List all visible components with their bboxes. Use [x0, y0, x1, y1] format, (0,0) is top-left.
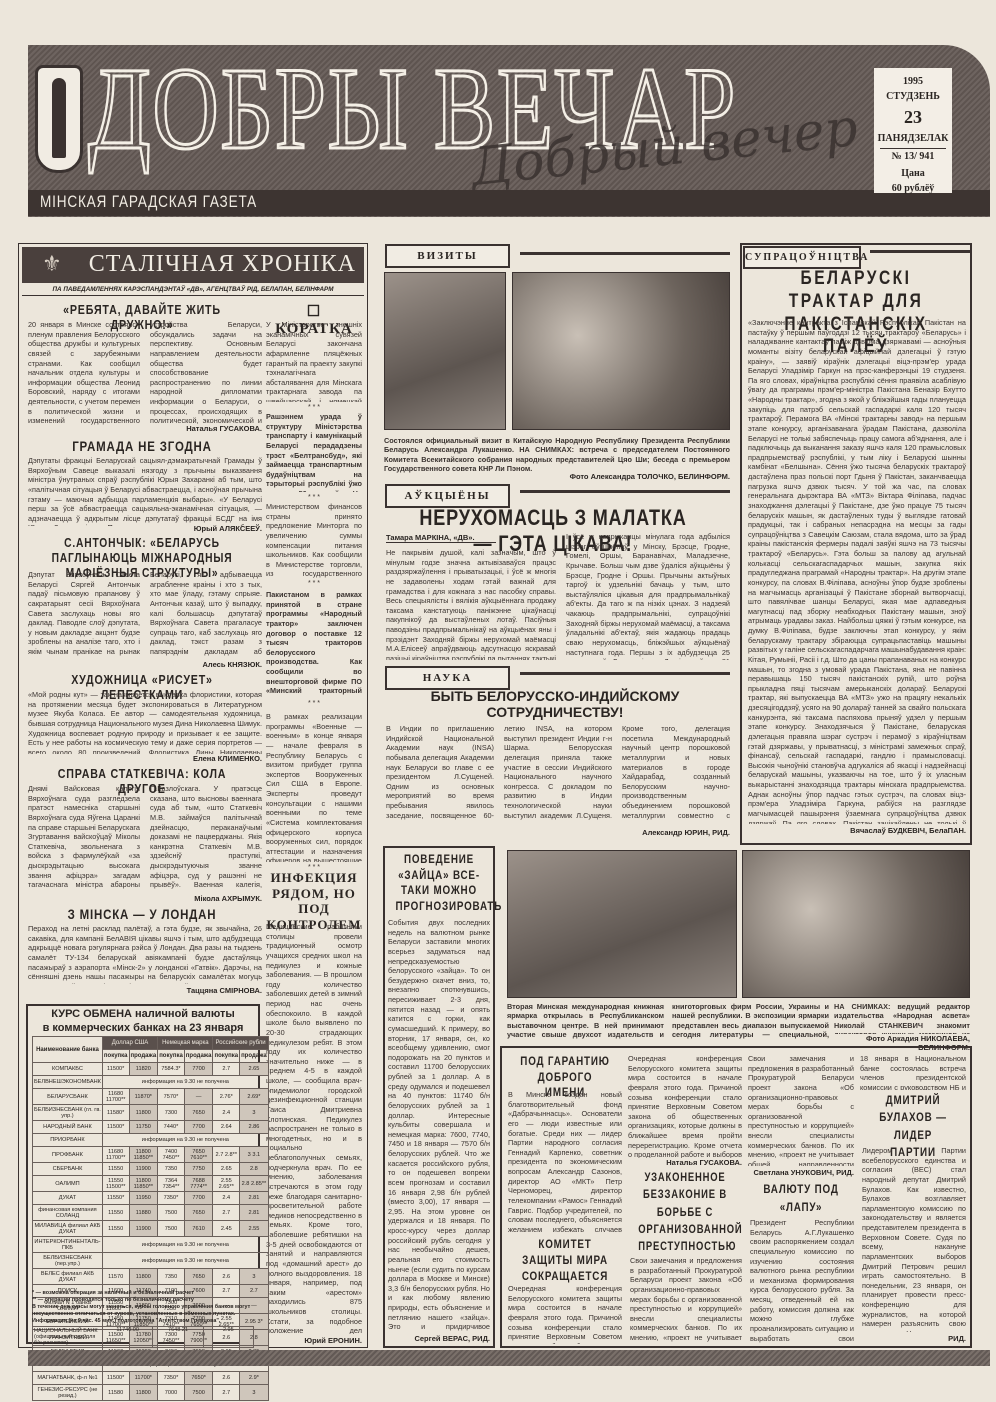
rate-buy: 11500* — [102, 1063, 129, 1076]
bank-name: МИЛАВИЦА филиал АКБ ДУКАТ — [33, 1221, 103, 1237]
bank-name: ДУКАТ — [33, 1192, 103, 1205]
rate-buy: 11580* — [102, 1105, 129, 1121]
national-bank-row: НАЦИОНАЛЬНЫЙ БАНК (официальный курс для … — [32, 1326, 254, 1348]
national-bank-label: НАЦИОНАЛЬНЫЙ БАНК (официальный курс для … — [33, 1327, 103, 1347]
article-lawless-cont: Свои замечания и предложения в разработа… — [748, 1054, 854, 1166]
exchange-row: ГЕНЕЗИС-РЕСУРС (не резид.)11580118007000… — [33, 1385, 269, 1401]
divider — [870, 250, 970, 253]
headline-science: БЫТЬ БЕЛОРУССКО-ИНДИЙСКОМУ СОТРУДНИЧЕСТВ… — [380, 688, 730, 720]
article-science: В Индии по приглашению Индийской Национа… — [386, 724, 730, 824]
issue-day: 23 — [874, 104, 952, 131]
price-label: Цана — [874, 166, 952, 181]
author-unukovich: Светлана УНУКОВИЧ, РИД. — [748, 1168, 854, 1177]
rate-sell: 7700 — [184, 1192, 213, 1205]
author-yurin: Александр ЮРИН, РИД. — [560, 828, 730, 837]
rate-buy: 11580 — [102, 1385, 129, 1401]
rate-sell: 7610 — [184, 1221, 213, 1237]
national-bank-rub: 2.95 — [204, 1327, 253, 1347]
issue-weekday: ПАНЯДЗЕЛАК — [874, 131, 952, 146]
rate-sell: 3 — [240, 1269, 269, 1285]
rate-sell: 11800 11850** — [129, 1147, 158, 1163]
bank-name: СБЕРБАНК — [33, 1163, 103, 1176]
author-budkevich: Вячаслаў БУДКЕВІЧ, БелаПАН. — [748, 826, 966, 835]
visits-photo-credit: Фото Александра ТОЛОЧКО, БЕЛИНФОРМ. — [384, 472, 730, 481]
rate-sell: 2.8 2.85** — [240, 1176, 269, 1192]
rate-buy: 2.7 — [213, 1063, 240, 1076]
bank-name: финансовая компания СОЛАНД — [33, 1205, 103, 1221]
rate-buy: 2.65 — [213, 1163, 240, 1176]
rate-sell: 7650* — [184, 1372, 213, 1385]
rate-buy: 7400 7450** — [158, 1147, 185, 1163]
bank-name: ПРОФБАНК — [33, 1147, 103, 1163]
headline-london: З МІНСКА — У ЛОНДАН — [44, 906, 241, 922]
author-gusakova: Наталья ГУСАКОВА. — [130, 424, 262, 433]
bookfair-caption-right: НА СНИМКАХ: ведущий редактор издательств… — [834, 1002, 970, 1034]
rate-buy: 2.7 — [213, 1385, 240, 1401]
separator-stars: * * * — [266, 494, 362, 501]
koratka-item-1: У Міністэрстве знешніх эканамічных сувяз… — [266, 320, 362, 402]
rate-buy: 7364 7354** — [158, 1176, 185, 1192]
rate-buy: 2.64 — [213, 1121, 240, 1134]
author-akhrymuk: Мікола АХРЫМУК. — [130, 894, 262, 903]
bank-name: БЕЛАРУСБАНК — [33, 1089, 103, 1105]
newspaper-subtitle: МІНСКАЯ ГАРАДСКАЯ ГАЗЕТА — [40, 192, 257, 212]
rate-sell: 11950 — [129, 1192, 158, 1205]
headline-zaets: ПОВЕДЕНИЕ «ЗАЙЦА» ВСЕ-ТАКИ МОЖНО ПРОГНОЗ… — [396, 852, 483, 914]
exchange-title-line1: КУРС ОБМЕНА наличной валюты — [30, 1008, 256, 1022]
rate-buy: 7350 — [158, 1163, 185, 1176]
rate-sell: 3 — [240, 1385, 269, 1401]
exchange-row: МАГНАТБАНК, ф-л №111500*11700*7350*7650*… — [33, 1372, 269, 1385]
auctions-text-left: Не пакрывім душой, калі зазначым, што ў … — [386, 548, 556, 660]
rate-buy: 11680 11700** — [102, 1089, 129, 1105]
author-knyazyuk: Алесь КНЯЗЮК. — [130, 660, 262, 669]
rate-buy: 11550 — [102, 1221, 129, 1237]
author-rid: РИД. — [862, 1334, 966, 1343]
chronicle-header: ⚜ СТАЛІЧНАЯ ХРОНІКА — [22, 247, 364, 283]
rate-sell: 11800 — [129, 1385, 158, 1401]
article-artist: «Мой родны кут» — так называется выставк… — [28, 690, 262, 754]
rate-buy: 7570* — [158, 1089, 185, 1105]
lantern-icon: ⚜ — [42, 251, 62, 277]
rate-buy: 11550 — [102, 1205, 129, 1221]
price-value: 60 рублёў — [874, 181, 952, 196]
legend-item: * — возможна операция за наличный и безн… — [32, 1290, 254, 1297]
rate-sell: 11800 — [129, 1105, 158, 1121]
subcol-buy: покупка — [213, 1050, 240, 1063]
rate-note: информация на 9.30 не получена — [102, 1253, 268, 1269]
rate-buy: 11500* — [102, 1372, 129, 1385]
article-peace-start: Очередная конференция Белорусского комит… — [508, 1284, 622, 1344]
rate-buy: 7440* — [158, 1121, 185, 1134]
rate-buy: 2.7 2.8** — [213, 1147, 240, 1163]
rate-buy: 11550 — [102, 1163, 129, 1176]
rate-buy: 7350* — [158, 1192, 185, 1205]
rate-buy: 2.55 2.65** — [213, 1176, 240, 1192]
divider — [520, 490, 730, 493]
subcol-buy: покупка — [102, 1050, 129, 1063]
rate-buy: 2.45 — [213, 1221, 240, 1237]
rate-sell: 2.81 — [240, 1192, 269, 1205]
exchange-row: финансовая компания СОЛАНД11550118807500… — [33, 1205, 269, 1221]
rate-sell: — — [184, 1089, 213, 1105]
rate-sell: 7750 — [184, 1163, 213, 1176]
bank-name: ПРИОРБАНК — [33, 1134, 103, 1147]
rate-buy: 11550* — [102, 1192, 129, 1205]
col-bank: Наименование банка — [33, 1037, 103, 1063]
rate-sell: 2.55 — [240, 1221, 269, 1237]
koratka-item-5: В рамках реализации программы «Военные —… — [266, 712, 362, 862]
article-zaets: События двух последних недель на валютно… — [388, 918, 490, 1332]
rate-sell: 3 3.1 — [240, 1147, 269, 1163]
bank-name: БЕЛБИЗНЕСБАНК (пер.упр.) — [33, 1253, 103, 1269]
bank-name: КОМПАКБС — [33, 1063, 103, 1076]
exchange-row: ПРОФБАНК11680 11700**11800 11850**7400 7… — [33, 1147, 269, 1163]
exchange-row: НАРОДНЫЙ БАНК11500*117507440*77002.642.8… — [33, 1121, 269, 1134]
issue-number: № 13/ 941 — [880, 148, 946, 164]
rate-buy: 2.4 — [213, 1192, 240, 1205]
exchange-row: СБЕРБАНК1155011900735077502.652.8 — [33, 1163, 269, 1176]
rate-sell: 11870* — [129, 1089, 158, 1105]
rate-sell: 7650 — [184, 1269, 213, 1285]
footer-decorative-bar — [28, 1350, 990, 1366]
rate-buy: 11550 11500** — [102, 1176, 129, 1192]
article-bulakhov: Лидером Партии всебелорусского единства … — [862, 1146, 966, 1332]
article-lawless: Свои замечания и предложения в разработа… — [630, 1256, 742, 1344]
tag-science: НАУКА — [385, 666, 510, 690]
rate-buy: 11570 — [102, 1269, 129, 1285]
rate-sell: 7650 — [184, 1205, 213, 1221]
rate-sell: 11880 — [129, 1205, 158, 1221]
rate-sell: 11750 — [129, 1121, 158, 1134]
article-hramada: Дэпутаты фракцыі Беларускай сацыял-дэмак… — [28, 456, 262, 526]
photo-lukashenko-qiao-shi — [384, 272, 506, 430]
col-usd: Доллар США — [102, 1037, 157, 1050]
rate-buy: 7350* — [158, 1372, 185, 1385]
photo-meeting-li-peng — [512, 272, 730, 430]
bank-name: ГЕНЕЗИС-РЕСУРС (не резид.) — [33, 1385, 103, 1401]
bank-name: БЕЛБИЗНЕСБАНК (гл. гв. упр.) — [33, 1105, 103, 1121]
author-veras: Сергей ВЕРАС, РИД. — [388, 1334, 490, 1343]
rate-sell: 11900 — [129, 1163, 158, 1176]
article-friendship: 20 января в Минске состоялся пленум прав… — [28, 320, 262, 426]
koratka-item-4: Пакистаном в рамках принятой в стране пр… — [266, 590, 362, 696]
rate-sell: 7700 — [184, 1121, 213, 1134]
exchange-row: БЕЛБИЗНЕСБАНК (пер.упр.)информация на 9.… — [33, 1253, 269, 1269]
author-klimenko: Елена КЛИМЕНКО. — [130, 754, 262, 763]
rate-sell: 11900 — [129, 1221, 158, 1237]
koratka-item-3: Министерством финансов страны принято пр… — [266, 502, 362, 578]
tag-cooperation: СУПРАЦОЎНІЦТВА — [743, 246, 861, 269]
madonna-figure-icon — [52, 78, 66, 158]
article-infection: Медицинские работники столицы провели тр… — [266, 922, 362, 1334]
rate-note: информация на 9.30 не получена — [102, 1134, 268, 1147]
legend-item: Информация (на 9 час. 45 мин.) подготовл… — [32, 1318, 254, 1325]
separator-stars: * * * — [266, 700, 362, 707]
rate-buy: 7000 — [158, 1385, 185, 1401]
koratka-item-2: Рашэннем урада ў структуру Міністэрства … — [266, 412, 362, 492]
col-rub: Российские рубли — [213, 1037, 268, 1050]
rate-buy: 11500* — [102, 1121, 129, 1134]
bank-name: НАРОДНЫЙ БАНК — [33, 1121, 103, 1134]
article-guarantee: В Минске создан новый благотворительный … — [508, 1090, 622, 1232]
photo-bookfair-stand — [742, 850, 970, 998]
rate-sell: 7650 — [184, 1105, 213, 1121]
subcol-sell: продажа — [184, 1050, 213, 1063]
visits-caption: Состоялся официальный визит в Китайскую … — [384, 436, 730, 474]
subcol-buy: покупка — [158, 1050, 185, 1063]
photo-bookfair-editor — [507, 850, 737, 998]
bank-name: МАГНАТБАНК, ф-л №1 — [33, 1372, 103, 1385]
auctions-text-right: І ўсё ж напрыканцы мінулага года адбыліс… — [566, 532, 730, 660]
rate-sell: 7650 7610** — [184, 1147, 213, 1163]
rate-buy: 2.76* — [213, 1089, 240, 1105]
exchange-row: ДУКАТ11550*119507350*77002.42.81 — [33, 1192, 269, 1205]
rate-sell: 2.9* — [240, 1372, 269, 1385]
author-gusakova-2: Наталья ГУСАКОВА. — [628, 1158, 742, 1167]
rate-buy: 2.4 — [213, 1105, 240, 1121]
rate-buy: 7300 — [158, 1105, 185, 1121]
legend-item: ** — операции проводятся только по безна… — [32, 1297, 254, 1304]
rate-sell: 2.8 — [240, 1163, 269, 1176]
subcol-sell: продажа — [129, 1050, 158, 1063]
rate-sell: 11820 — [129, 1063, 158, 1076]
legend-item: В течение дня курсы могут меняться, курс… — [32, 1304, 254, 1318]
bank-name: ИНТЕРКОНТИНЕНТАЛЬ-ПКБ — [33, 1237, 103, 1253]
rate-sell: 11800 — [129, 1269, 158, 1285]
subcol-sell: продажа — [240, 1050, 269, 1063]
rate-sell: 2.86 — [240, 1121, 269, 1134]
bank-name: БЕЛВНЕШЭКОНОМБАНК — [33, 1076, 103, 1089]
exchange-row: МИЛАВИЦА филиал АКБ ДУКАТ115501190075007… — [33, 1221, 269, 1237]
rate-sell: 7688 7774** — [184, 1176, 213, 1192]
issue-year: 1995 — [874, 74, 952, 89]
national-bank-dem: 7648.21 — [153, 1327, 203, 1347]
divider — [520, 672, 730, 675]
rate-buy: 2.6 — [213, 1372, 240, 1385]
headline-currency: ВАЛЮТУ ПОД «ЛАПУ» — [758, 1180, 845, 1216]
rate-buy: 2.7 — [213, 1205, 240, 1221]
separator-stars: * * * — [266, 580, 362, 587]
bookfair-caption: Вторая Минская международная книжная ярм… — [507, 1002, 829, 1044]
national-bank-usd: 11740.00 — [103, 1327, 153, 1347]
article-peace-cont: Очередная конференция Белорусского комит… — [628, 1054, 742, 1158]
chronicle-title: СТАЛІЧНАЯ ХРОНІКА — [89, 251, 356, 278]
author-smirnova: Таццяна СМІРНОВА. — [130, 986, 262, 995]
exchange-legend: * — возможна операция за наличный и безн… — [32, 1290, 254, 1325]
divider — [520, 252, 730, 255]
rate-sell: 11800 11850** — [129, 1176, 158, 1192]
rate-sell: 7700 — [184, 1063, 213, 1076]
auctions-byline: Тамара МАРКІНА, «ДВ». — [386, 533, 496, 543]
bulakhov-intro: 18 января в Национальном банке состоялас… — [860, 1054, 966, 1090]
exchange-row: КОМПАКБС11500*118207584.3*77002.72.65 — [33, 1063, 269, 1076]
rate-sell: 7500 — [184, 1385, 213, 1401]
rate-sell: 2.65 — [240, 1063, 269, 1076]
rate-note: информация на 9.30 не получена — [102, 1237, 268, 1253]
issue-date-box: 1995 СТУДЗЕНЬ 23 ПАНЯДЗЕЛАК № 13/ 941 Ца… — [874, 68, 952, 193]
rate-buy: 7350 — [158, 1269, 185, 1285]
author-alyakseeu: Юрый АЛЯКСЕЕЎ. — [130, 524, 262, 533]
rate-buy: 11680 11700** — [102, 1147, 129, 1163]
headline-lawless: УЗАКОНЕННОЕ БЕЗЗАКОНИЕ В БОРЬБЕ С ОРГАНИ… — [638, 1170, 731, 1256]
exchange-row: БЕЛАРУСБАНК11680 11700**11870*7570*—2.76… — [33, 1089, 269, 1105]
bank-name: ВЕЛЕС филиал АКБ ДУКАТ — [33, 1269, 103, 1285]
headline-hramada: ГРАМАДА НЕ ЗГОДНА — [44, 438, 241, 454]
exchange-row: ИНТЕРКОНТИНЕНТАЛЬ-ПКБинформация на 9.30 … — [33, 1237, 269, 1253]
bank-name: ОАЛИМП — [33, 1176, 103, 1192]
article-london: Пераход на летні расклад палётаў, а гэта… — [28, 924, 262, 984]
headline-peace-committee: КОМИТЕТ ЗАЩИТЫ МИРА СОКРАЩАЕТСЯ — [517, 1236, 614, 1285]
rate-note: информация на 9.30 не получена — [102, 1076, 268, 1089]
col-dem: Немецкая марка — [158, 1037, 213, 1050]
article-antonchyk: Дэпутат Вярхоўнага Савета Беларусі Сярге… — [28, 570, 262, 660]
article-tractor: «Заключэнне кантракта з Ісламскай Рэспуб… — [748, 318, 966, 824]
rate-buy: 7500 — [158, 1205, 185, 1221]
exchange-row: ПРИОРБАНКинформация на 9.30 не получена — [33, 1134, 269, 1147]
rate-sell: 3 — [240, 1105, 269, 1121]
rate-sell: 11700* — [129, 1372, 158, 1385]
issue-month: СТУДЗЕНЬ — [874, 89, 952, 104]
author-eronin: Юрий ЕРОНИН. — [266, 1336, 362, 1345]
rate-buy: 7500 — [158, 1221, 185, 1237]
separator-stars: * * * — [266, 404, 362, 411]
rate-sell: 2.69* — [240, 1089, 269, 1105]
exchange-row: БЕЛБИЗНЕСБАНК (гл. гв. упр.)11580*118007… — [33, 1105, 269, 1121]
chronicle-sources: ПА ПАВЕДАМЛЕННЯХ КАРЭСПАНДЭНТАЎ «ДВ», АГ… — [22, 286, 364, 296]
exchange-row: БЕЛВНЕШЭКОНОМБАНКинформация на 9.30 не п… — [33, 1076, 269, 1089]
exchange-row: ВЕЛЕС филиал АКБ ДУКАТ115701180073507650… — [33, 1269, 269, 1285]
article-statkevich: Днямі Вайсковая калегія Вярхоўнага суда … — [28, 784, 262, 894]
rate-buy: 7584.3* — [158, 1063, 185, 1076]
rate-sell: 2.81 — [240, 1205, 269, 1221]
exchange-row: ОАЛИМП11550 11500**11800 11850**7364 735… — [33, 1176, 269, 1192]
tag-visits: ВИЗИТЫ — [385, 244, 510, 268]
article-currency: Президент Республики Беларусь А.Г.Лукаше… — [750, 1218, 854, 1344]
rate-buy: 2.6 — [213, 1269, 240, 1285]
